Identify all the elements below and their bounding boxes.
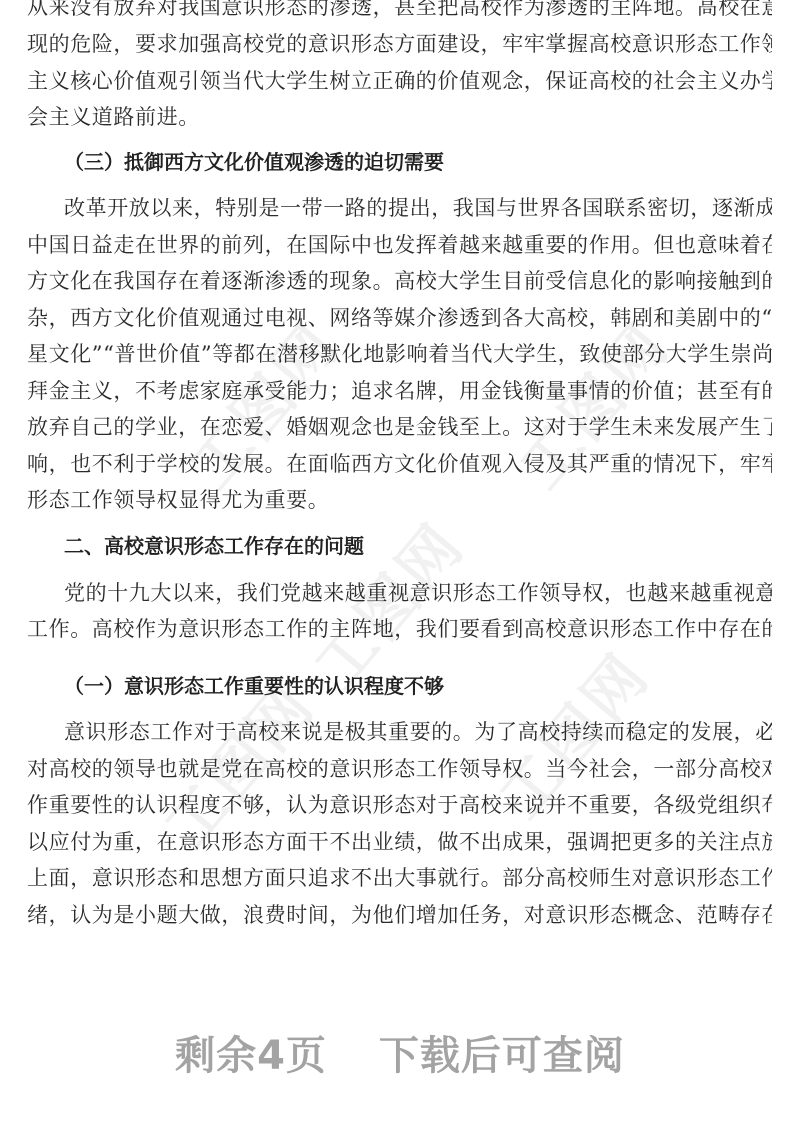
section-heading: （三）抵御西方文化价值观渗透的迫切需要 bbox=[64, 149, 444, 175]
paragraph-line: 现的危险，要求加强高校党的意识形态方面建设，牢牢掌握高校意识形态工作领导权，用社… bbox=[27, 31, 772, 57]
paragraph-line: 从来没有放弃对我国意识形态的渗透，甚至把高校作为渗透的主阵地。高校在意识形态方面… bbox=[27, 0, 772, 20]
paragraph-line: 拜金主义，不考虑家庭承受能力；追求名牌，用金钱衡量事情的价值；甚至有的学生为了金… bbox=[27, 378, 772, 404]
paragraph-line: 方文化在我国存在着逐渐渗透的现象。高校大学生目前受信息化的影响接触到的信息纷繁复 bbox=[27, 268, 772, 294]
paragraph-line: 以应付为重，在意识形态方面干不出业绩，做不出成果，强调把更多的关注点放在教学和科… bbox=[27, 829, 772, 855]
paragraph-line: 响，也不利于学校的发展。在面临西方文化价值观入侵及其严重的情况下，牢牢掌握高校意… bbox=[27, 451, 772, 477]
download-to-view-label: 下载后可查阅 bbox=[379, 1033, 625, 1079]
paragraph-line: 工作。高校作为意识形态工作的主阵地，我们要看到高校意识形态工作中存在的问题。 bbox=[27, 616, 772, 642]
paragraph-line: 放弃自己的学业，在恋爱、婚姻观念也是金钱至上。这对于学生未来发展产生了很多不利的… bbox=[27, 414, 772, 440]
download-prompt[interactable]: 剩余4页下载后可查阅 bbox=[0, 1024, 800, 1081]
remaining-pages-label: 剩余4页 bbox=[175, 1033, 327, 1079]
paragraph-line: 形态工作领导权显得尤为重要。 bbox=[27, 487, 772, 513]
paragraph-line: 党的十九大以来，我们党越来越重视意识形态工作领导权，也越来越重视意识形态方面的 bbox=[64, 580, 772, 606]
paragraph-line: 会主义道路前进。 bbox=[27, 104, 772, 130]
paragraph-line: 杂，西方文化价值观通过电视、网络等媒介渗透到各大高校，韩剧和美剧中的“英雄主义”… bbox=[27, 305, 772, 331]
paragraph-line: 改革开放以来，特别是一带一路的提出，我国与世界各国联系密切，逐渐成为一个整体， bbox=[64, 195, 772, 221]
paragraph-line: 中国日益走在世界的前列，在国际中也发挥着越来越重要的作用。但也意味着在文化领域，… bbox=[27, 232, 772, 258]
section-heading: 二、高校意识形态工作存在的问题 bbox=[64, 533, 364, 559]
paragraph-line: 绪，认为是小题大做，浪费时间，为他们增加任务，对意识形态概念、范畴存在模糊不清的… bbox=[27, 902, 772, 928]
paragraph-line: 对高校的领导也就是党在高校的意识形态工作领导权。当今社会，一部分高校对于意识形态… bbox=[27, 756, 772, 782]
paragraph-line: 星文化”“普世价值”等都在潜移默化地影响着当代大学生，致使部分大学生崇尚享乐主义… bbox=[27, 341, 772, 367]
paragraph-line: 主义核心价值观引领当代大学生树立正确的价值观念，保证高校的社会主义办学方向，沿着… bbox=[27, 68, 772, 94]
paragraph-line: 作重要性的认识程度不够，认为意识形态对于高校来说并不重要，各级党组织布置的相关任… bbox=[27, 792, 772, 818]
document-page: 工图网工图网工图网工图网工图网从来没有放弃对我国意识形态的渗透，甚至把高校作为渗… bbox=[0, 0, 800, 1126]
paragraph-line: 意识形态工作对于高校来说是极其重要的。为了高校持续而稳定的发展，必须牢牢掌握党 bbox=[64, 719, 772, 745]
paragraph-line: 上面，意识形态和思想方面只追求不出大事就行。部分高校师生对意识形态工作还存在抵触… bbox=[27, 865, 772, 891]
section-heading: （一）意识形态工作重要性的认识程度不够 bbox=[64, 673, 444, 699]
